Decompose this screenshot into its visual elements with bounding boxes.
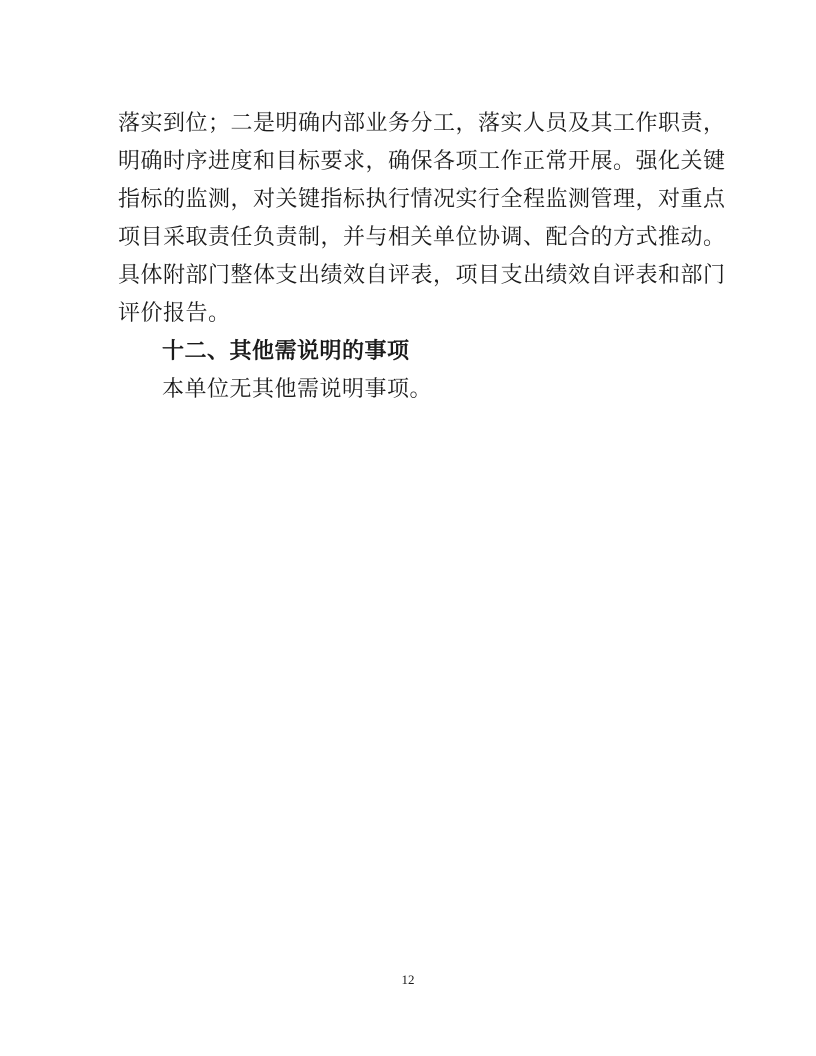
paragraph1-line: 项目采取责任负责制，并与相关单位协调、配合的方式推动。 — [118, 218, 696, 256]
page-number: 12 — [0, 972, 816, 988]
document-body: 落实到位；二是明确内部业务分工，落实人员及其工作职责， 明确时序进度和目标要求，… — [118, 104, 696, 408]
paragraph1-line: 指标的监测，对关键指标执行情况实行全程监测管理，对重点 — [118, 180, 696, 218]
document-page: 落实到位；二是明确内部业务分工，落实人员及其工作职责， 明确时序进度和目标要求，… — [0, 0, 816, 1056]
paragraph1-line: 落实到位；二是明确内部业务分工，落实人员及其工作职责， — [118, 104, 696, 142]
section-heading: 十二、其他需说明的事项 — [118, 332, 696, 370]
paragraph1-line: 明确时序进度和目标要求，确保各项工作正常开展。强化关键 — [118, 142, 696, 180]
paragraph1-line: 评价报告。 — [118, 294, 696, 332]
paragraph2: 本单位无其他需说明事项。 — [118, 370, 696, 408]
paragraph1-line: 具体附部门整体支出绩效自评表，项目支出绩效自评表和部门 — [118, 256, 696, 294]
